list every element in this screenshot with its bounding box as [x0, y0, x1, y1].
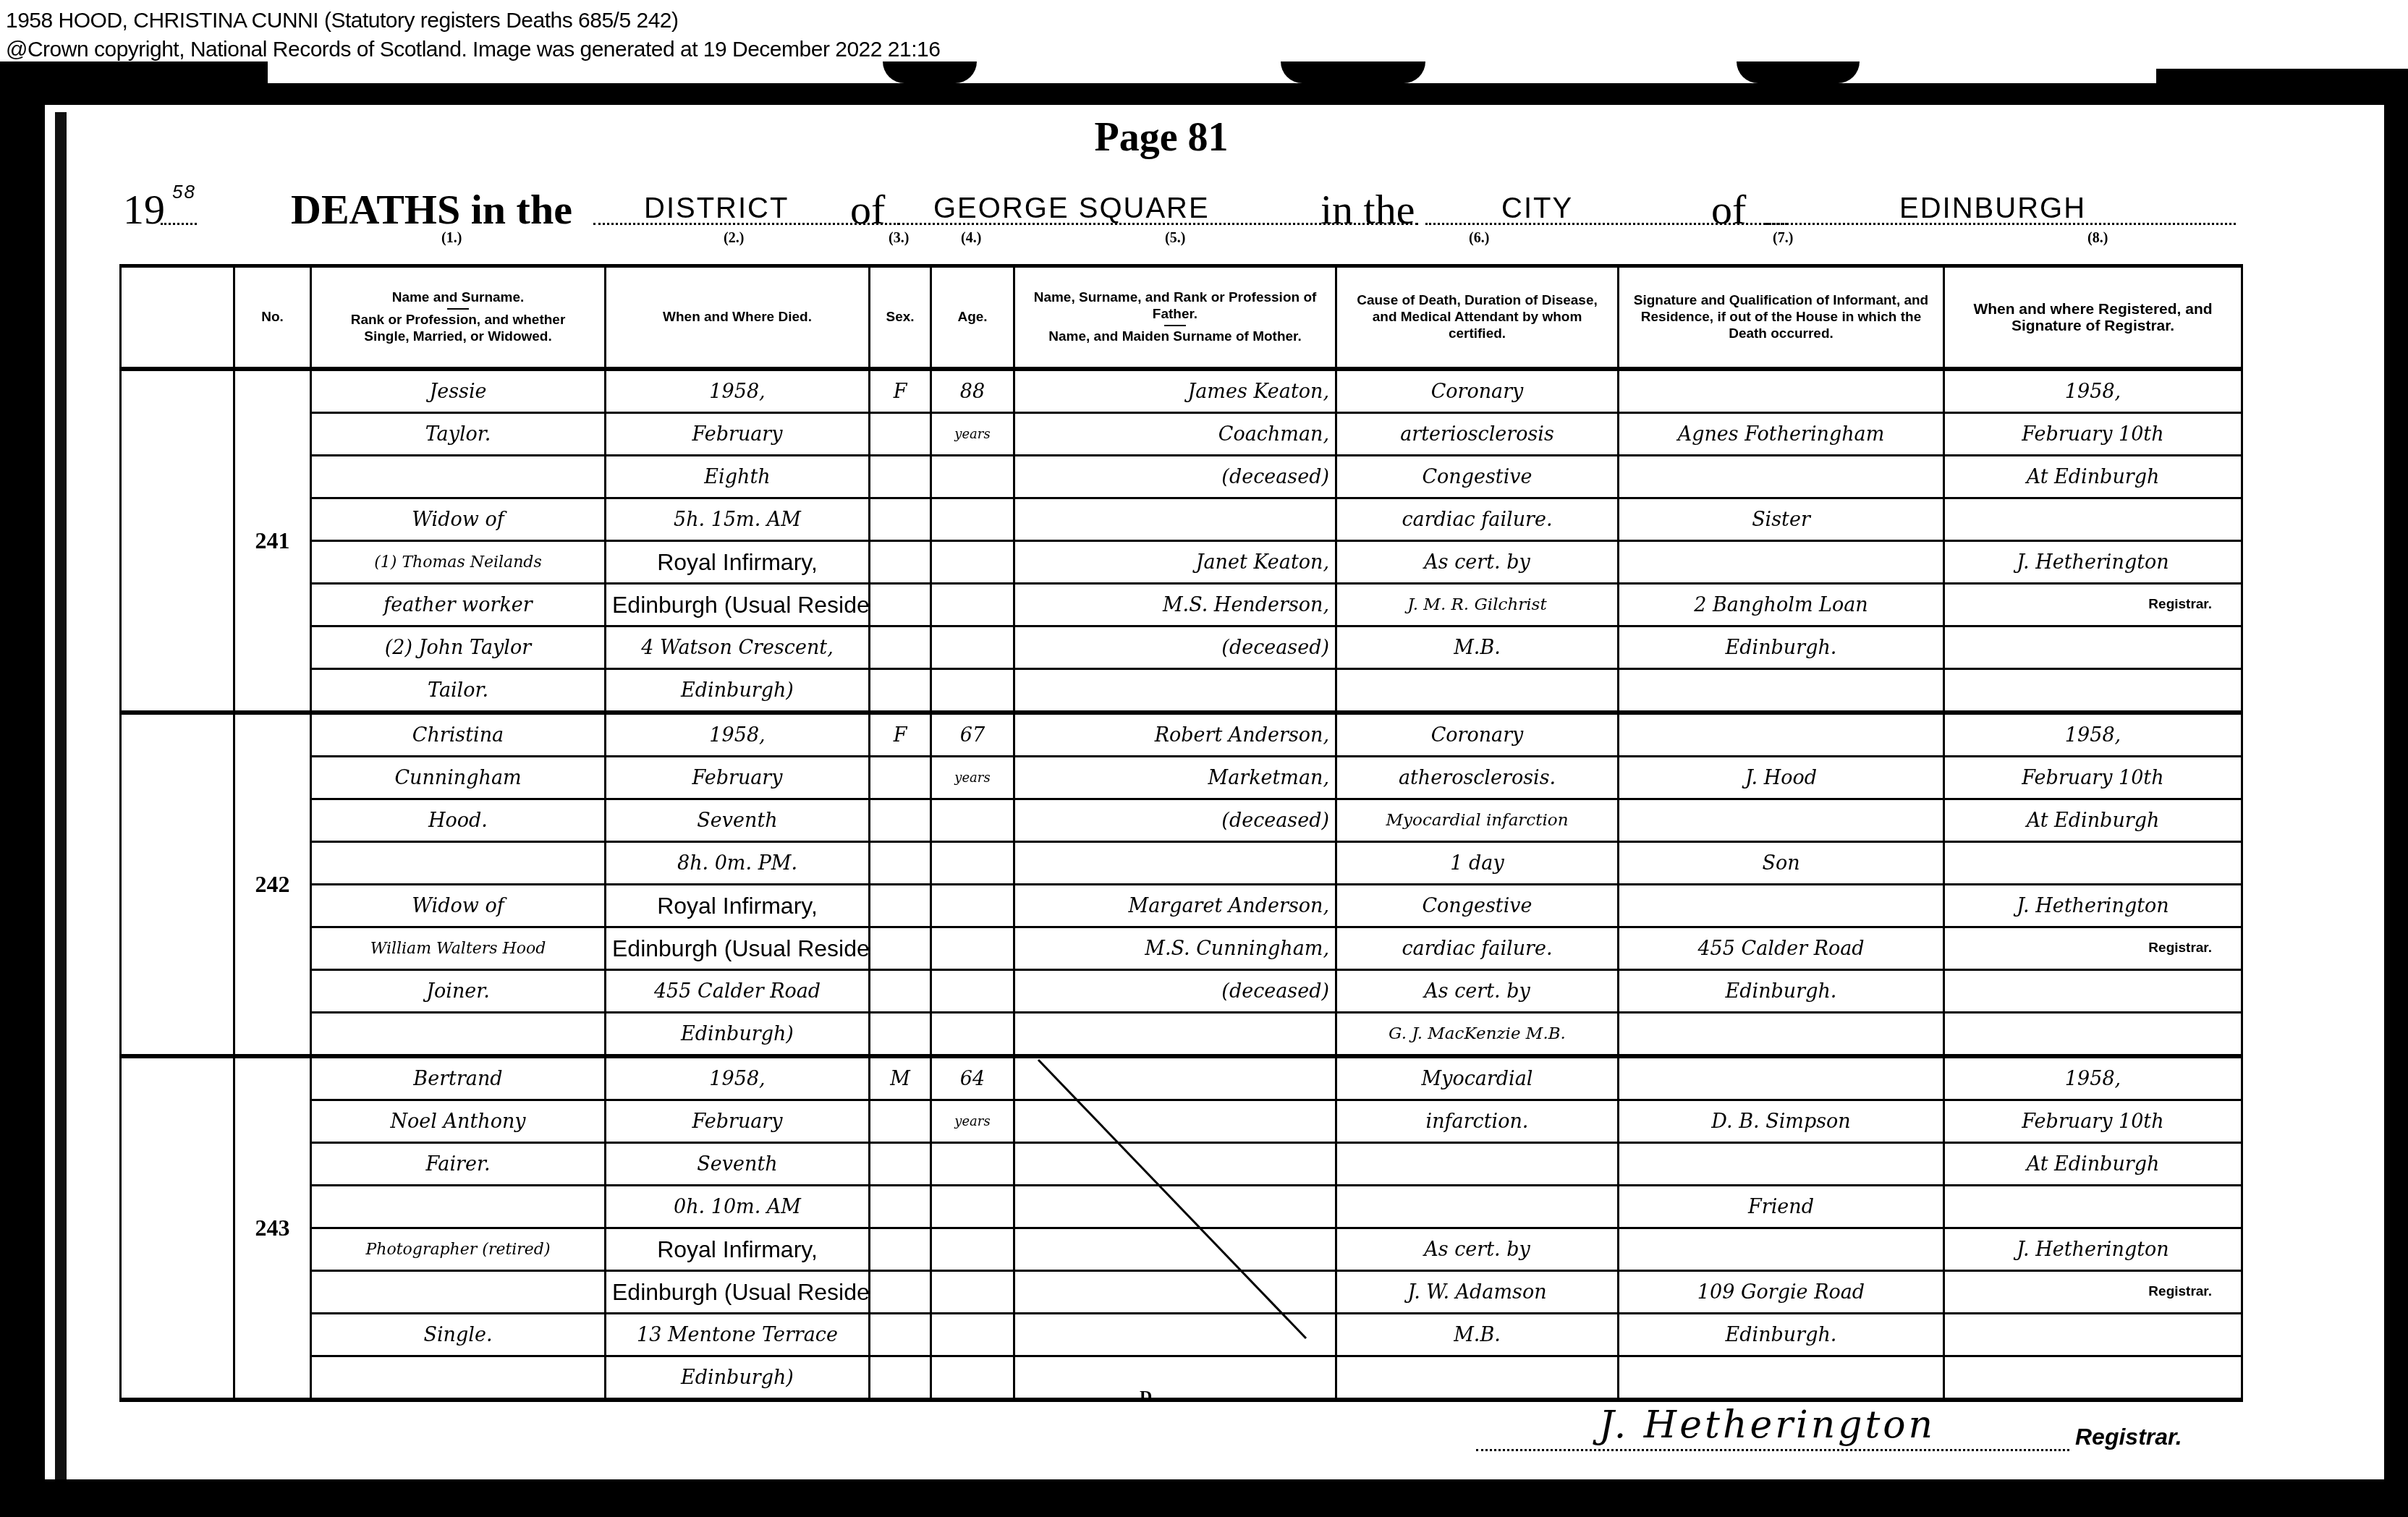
name-cell: Jessie	[311, 369, 606, 413]
informant-cell: Son	[1619, 842, 1944, 885]
when-where-cell: Edinburgh (Usual Residence:	[606, 1271, 870, 1314]
registered-cell	[1944, 626, 2242, 669]
age-cell	[931, 1013, 1014, 1057]
age-cell	[931, 1228, 1014, 1271]
registered-cell	[1944, 669, 2242, 713]
table-row: 242Christina1958,F67Robert Anderson,Coro…	[121, 713, 2242, 757]
margin-cell	[121, 713, 234, 1056]
sex-cell	[870, 842, 931, 885]
name-cell: Hood.	[311, 799, 606, 842]
table-row: Joiner.455 Calder Road(deceased)As cert.…	[121, 970, 2242, 1013]
district-label: DISTRICT	[644, 192, 789, 225]
column-number: (8.)	[2087, 230, 2108, 247]
when-where-cell: February	[606, 1100, 870, 1143]
binding-hole	[1281, 61, 1425, 83]
age-cell	[931, 842, 1014, 885]
registered-cell: J. Hetherington	[1944, 885, 2242, 927]
cause-cell: atherosclerosis.	[1336, 757, 1619, 799]
age-cell	[931, 927, 1014, 970]
table-row: Taylor.FebruaryyearsCoachman,arterioscle…	[121, 413, 2242, 456]
sex-cell	[870, 626, 931, 669]
cause-cell: Myocardial	[1336, 1056, 1619, 1100]
registered-cell: 1958,	[1944, 713, 2242, 757]
table-row: 241Jessie1958,F88James Keaton,Coronary19…	[121, 369, 2242, 413]
age-cell	[931, 1314, 1014, 1356]
column-number: (4.)	[961, 230, 981, 247]
age-cell: years	[931, 413, 1014, 456]
name-cell: Tailor.	[311, 669, 606, 713]
name-cell: Cunningham	[311, 757, 606, 799]
margin-header	[121, 266, 234, 370]
sex-cell	[870, 1356, 931, 1401]
age-cell	[931, 799, 1014, 842]
when-where-cell: 1958,	[606, 1056, 870, 1100]
registered-cell: February 10th	[1944, 1100, 2242, 1143]
sex-cell	[870, 584, 931, 626]
table-row: William Walters HoodEdinburgh (Usual Res…	[121, 927, 2242, 970]
when-where-cell: Edinburgh (Usual Residence	[606, 584, 870, 626]
sex-cell	[870, 1271, 931, 1314]
column-number: (6.)	[1469, 230, 1489, 247]
cause-cell: As cert. by	[1336, 541, 1619, 584]
registered-cell: At Edinburgh	[1944, 799, 2242, 842]
when-where-cell: Royal Infirmary,	[606, 541, 870, 584]
table-row: Edinburgh)G. J. MacKenzie M.B.	[121, 1013, 2242, 1057]
sex-cell	[870, 927, 931, 970]
cause-cell	[1336, 1356, 1619, 1401]
parents-cell: M.S. Henderson,	[1014, 584, 1336, 626]
cause-cell: J. M. R. Gilchrist	[1336, 584, 1619, 626]
year-suffix: 58	[172, 181, 196, 203]
registered-cell	[1944, 842, 2242, 885]
sex-cell	[870, 1314, 931, 1356]
cause-cell: Coronary	[1336, 713, 1619, 757]
parents-cell: Coachman,	[1014, 413, 1336, 456]
informant-cell: Edinburgh.	[1619, 970, 1944, 1013]
year-prefix: 19	[123, 185, 165, 234]
header-when-where: When and Where Died.	[606, 266, 870, 370]
column-number: (1.)	[441, 230, 462, 247]
parents-cell	[1014, 1356, 1336, 1401]
informant-cell	[1619, 1228, 1944, 1271]
sex-cell	[870, 799, 931, 842]
table-row: Tailor.Edinburgh)	[121, 669, 2242, 713]
name-cell: Noel Anthony	[311, 1100, 606, 1143]
informant-cell	[1619, 713, 1944, 757]
sex-cell: M	[870, 1056, 931, 1100]
of-label-2: of	[1711, 185, 1746, 234]
cause-cell: Congestive	[1336, 456, 1619, 498]
registered-cell	[1944, 498, 2242, 541]
informant-cell: 2 Bangholm Loan	[1619, 584, 1944, 626]
name-cell	[311, 842, 606, 885]
scan-border-bottom	[0, 1479, 2408, 1517]
parents-cell	[1014, 1013, 1336, 1057]
name-cell: Single.	[311, 1314, 606, 1356]
column-number: (2.)	[724, 230, 744, 247]
age-cell	[931, 584, 1014, 626]
header-registered: When and where Registered, and Signature…	[1944, 266, 2242, 370]
when-where-cell: 0h. 10m. AM	[606, 1186, 870, 1228]
cause-cell: Myocardial infarction	[1336, 799, 1619, 842]
sex-cell	[870, 541, 931, 584]
scan-border-left	[0, 61, 45, 1517]
margin-cell	[121, 369, 234, 713]
scan-border-right	[2384, 69, 2408, 1517]
registered-cell: Registrar.	[1944, 927, 2242, 970]
sex-cell	[870, 1186, 931, 1228]
age-cell	[931, 885, 1014, 927]
when-where-cell: 5h. 15m. AM	[606, 498, 870, 541]
entry-number: 242	[234, 713, 311, 1056]
sex-cell	[870, 1013, 931, 1057]
name-cell: Widow of	[311, 498, 606, 541]
age-cell: 88	[931, 369, 1014, 413]
informant-cell: Agnes Fotheringham	[1619, 413, 1944, 456]
parents-cell: Margaret Anderson,	[1014, 885, 1336, 927]
sex-cell	[870, 498, 931, 541]
informant-cell: Edinburgh.	[1619, 626, 1944, 669]
registered-cell	[1944, 1013, 2242, 1057]
scan-border-left-inner	[55, 112, 67, 1517]
cause-cell: Congestive	[1336, 885, 1619, 927]
table-row: CunninghamFebruaryyearsMarketman,atheros…	[121, 757, 2242, 799]
header-age: Age.	[931, 266, 1014, 370]
binding-hole	[1737, 61, 1860, 83]
age-cell: 67	[931, 713, 1014, 757]
when-where-cell: Edinburgh)	[606, 1356, 870, 1401]
cause-cell: infarction.	[1336, 1100, 1619, 1143]
when-where-cell: February	[606, 757, 870, 799]
scan-border-top	[268, 83, 2408, 105]
age-cell	[931, 626, 1014, 669]
parents-cell: (deceased)	[1014, 456, 1336, 498]
name-cell: Christina	[311, 713, 606, 757]
informant-cell	[1619, 669, 1944, 713]
table-row: feather workerEdinburgh (Usual Residence…	[121, 584, 2242, 626]
header-sex: Sex.	[870, 266, 931, 370]
age-cell	[931, 1356, 1014, 1401]
age-cell	[931, 1143, 1014, 1186]
in-the-label: in the	[1320, 185, 1415, 234]
when-where-cell: 455 Calder Road	[606, 970, 870, 1013]
informant-cell	[1619, 885, 1944, 927]
header-no: No.	[234, 266, 311, 370]
cause-cell: As cert. by	[1336, 1228, 1619, 1271]
registrar-signature: J. Hetherington	[1599, 1403, 1936, 1447]
header-row: No. Name and Surname.Rank or Profession,…	[121, 266, 2242, 370]
informant-cell: 455 Calder Road	[1619, 927, 1944, 970]
area-type: CITY	[1501, 192, 1573, 225]
registered-cell	[1944, 1314, 2242, 1356]
cause-cell: As cert. by	[1336, 970, 1619, 1013]
cause-cell	[1336, 669, 1619, 713]
sex-cell: F	[870, 369, 931, 413]
parents-cell	[1014, 669, 1336, 713]
registered-cell	[1944, 970, 2242, 1013]
copyright-notice: @Crown copyright, National Records of Sc…	[6, 38, 940, 62]
when-where-cell: Royal Infirmary,	[606, 885, 870, 927]
age-cell	[931, 1186, 1014, 1228]
sex-cell	[870, 1143, 931, 1186]
age-cell	[931, 456, 1014, 498]
cause-cell: cardiac failure.	[1336, 498, 1619, 541]
cause-cell: Coronary	[1336, 369, 1619, 413]
parents-cell: Janet Keaton,	[1014, 541, 1336, 584]
when-where-cell: 13 Mentone Terrace	[606, 1314, 870, 1356]
area-name: EDINBURGH	[1899, 192, 2086, 225]
parents-cell	[1014, 842, 1336, 885]
registered-cell: Registrar.	[1944, 584, 2242, 626]
sex-cell	[870, 970, 931, 1013]
informant-cell	[1619, 1356, 1944, 1401]
cause-cell	[1336, 1186, 1619, 1228]
name-cell	[311, 456, 606, 498]
informant-cell	[1619, 456, 1944, 498]
when-where-cell: 8h. 0m. PM.	[606, 842, 870, 885]
informant-cell: Edinburgh.	[1619, 1314, 1944, 1356]
age-cell: years	[931, 757, 1014, 799]
name-cell: Joiner.	[311, 970, 606, 1013]
parents-cell: James Keaton,	[1014, 369, 1336, 413]
name-cell	[311, 1271, 606, 1314]
table-row: Edinburgh)	[121, 1356, 2242, 1401]
cause-cell: 1 day	[1336, 842, 1619, 885]
age-cell	[931, 498, 1014, 541]
sex-cell	[870, 669, 931, 713]
name-cell: Fairer.	[311, 1143, 606, 1186]
name-cell: Bertrand	[311, 1056, 606, 1100]
when-where-cell: Edinburgh (Usual Residence:	[606, 927, 870, 970]
registered-cell: At Edinburgh	[1944, 456, 2242, 498]
sex-cell	[870, 885, 931, 927]
registered-cell: 1958,	[1944, 1056, 2242, 1100]
when-where-cell: Seventh	[606, 1143, 870, 1186]
page-letter: D	[1140, 1388, 1152, 1407]
age-cell	[931, 669, 1014, 713]
age-cell	[931, 1271, 1014, 1314]
entry-number: 241	[234, 369, 311, 713]
name-cell: (1) Thomas Neilands	[311, 541, 606, 584]
name-cell: feather worker	[311, 584, 606, 626]
registered-cell: J. Hetherington	[1944, 1228, 2242, 1271]
of-label: of	[850, 185, 885, 234]
informant-cell	[1619, 1143, 1944, 1186]
binding-hole	[883, 61, 977, 83]
district-name: GEORGE SQUARE	[933, 192, 1210, 225]
table-row: (1) Thomas NeilandsRoyal Infirmary,Janet…	[121, 541, 2242, 584]
age-cell: years	[931, 1100, 1014, 1143]
when-where-cell: Edinburgh)	[606, 669, 870, 713]
column-number: (5.)	[1165, 230, 1185, 247]
cause-cell: G. J. MacKenzie M.B.	[1336, 1013, 1619, 1057]
cause-cell: arteriosclerosis	[1336, 413, 1619, 456]
registered-cell: At Edinburgh	[1944, 1143, 2242, 1186]
sex-cell	[870, 757, 931, 799]
informant-cell	[1619, 799, 1944, 842]
name-cell: (2) John Taylor	[311, 626, 606, 669]
table-row: Widow of5h. 15m. AMcardiac failure.Siste…	[121, 498, 2242, 541]
sex-cell	[870, 1100, 931, 1143]
when-where-cell: Edinburgh)	[606, 1013, 870, 1057]
informant-cell: 109 Gorgie Road	[1619, 1271, 1944, 1314]
table-row: Hood.Seventh(deceased)Myocardial infarct…	[121, 799, 2242, 842]
register-title-row: 19 58 DEATHS in the DISTRICT of GEORGE S…	[123, 181, 2236, 231]
parents-cell	[1014, 498, 1336, 541]
parents-cell: (deceased)	[1014, 799, 1336, 842]
informant-cell: Friend	[1619, 1186, 1944, 1228]
cause-cell: J. W. Adamson	[1336, 1271, 1619, 1314]
cause-cell	[1336, 1143, 1619, 1186]
informant-cell	[1619, 1013, 1944, 1057]
when-where-cell: 1958,	[606, 713, 870, 757]
informant-cell	[1619, 541, 1944, 584]
parents-cell: (deceased)	[1014, 970, 1336, 1013]
table-row: Widow ofRoyal Infirmary,Margaret Anderso…	[121, 885, 2242, 927]
informant-cell: D. B. Simpson	[1619, 1100, 1944, 1143]
sex-cell: F	[870, 713, 931, 757]
name-cell	[311, 1356, 606, 1401]
name-cell: Widow of	[311, 885, 606, 927]
registered-cell	[1944, 1186, 2242, 1228]
registrar-label: Registrar.	[2075, 1424, 2182, 1450]
informant-cell: J. Hood	[1619, 757, 1944, 799]
registered-cell: Registrar.	[1944, 1271, 2242, 1314]
cause-cell: cardiac failure.	[1336, 927, 1619, 970]
sex-cell	[870, 413, 931, 456]
name-cell: William Walters Hood	[311, 927, 606, 970]
when-where-cell: Seventh	[606, 799, 870, 842]
cause-cell: M.B.	[1336, 626, 1619, 669]
margin-cell	[121, 1056, 234, 1400]
name-cell	[311, 1186, 606, 1228]
parents-cell: Robert Anderson,	[1014, 713, 1336, 757]
when-where-cell: 4 Watson Crescent,	[606, 626, 870, 669]
registered-cell: February 10th	[1944, 413, 2242, 456]
table-row: (2) John Taylor4 Watson Crescent,(deceas…	[121, 626, 2242, 669]
column-number: (3.)	[889, 230, 909, 247]
informant-cell: Sister	[1619, 498, 1944, 541]
age-cell	[931, 970, 1014, 1013]
parents-cell: M.S. Cunningham,	[1014, 927, 1336, 970]
header-parents: Name, Surname, and Rank or Profession of…	[1014, 266, 1336, 370]
when-where-cell: February	[606, 413, 870, 456]
cause-cell: M.B.	[1336, 1314, 1619, 1356]
parents-cell: (deceased)	[1014, 626, 1336, 669]
scan-border-top-right	[2156, 69, 2408, 105]
column-number: (7.)	[1773, 230, 1793, 247]
informant-cell	[1619, 1056, 1944, 1100]
page-number: Page 81	[1089, 114, 1234, 161]
name-cell: Taylor.	[311, 413, 606, 456]
signature-line	[1476, 1449, 2069, 1451]
registered-cell: February 10th	[1944, 757, 2242, 799]
age-cell: 64	[931, 1056, 1014, 1100]
entry-number: 243	[234, 1056, 311, 1400]
registered-cell: 1958,	[1944, 369, 2242, 413]
deaths-in-the: DEATHS in the	[291, 185, 572, 234]
sex-cell	[870, 1228, 931, 1271]
name-cell: Photographer (retired)	[311, 1228, 606, 1271]
parents-cell: Marketman,	[1014, 757, 1336, 799]
when-where-cell: Royal Infirmary,	[606, 1228, 870, 1271]
age-cell	[931, 541, 1014, 584]
registered-cell: J. Hetherington	[1944, 541, 2242, 584]
name-cell	[311, 1013, 606, 1057]
table-row: 8h. 0m. PM.1 daySon	[121, 842, 2242, 885]
when-where-cell: Eighth	[606, 456, 870, 498]
informant-cell	[1619, 369, 1944, 413]
header-name: Name and Surname.Rank or Profession, and…	[311, 266, 606, 370]
registered-cell	[1944, 1356, 2242, 1401]
record-title: 1958 HOOD, CHRISTINA CUNNI (Statutory re…	[6, 9, 679, 33]
sex-cell	[870, 456, 931, 498]
header-cause: Cause of Death, Duration of Disease, and…	[1336, 266, 1619, 370]
when-where-cell: 1958,	[606, 369, 870, 413]
table-row: Eighth(deceased)CongestiveAt Edinburgh	[121, 456, 2242, 498]
header-informant: Signature and Qualification of Informant…	[1619, 266, 1944, 370]
